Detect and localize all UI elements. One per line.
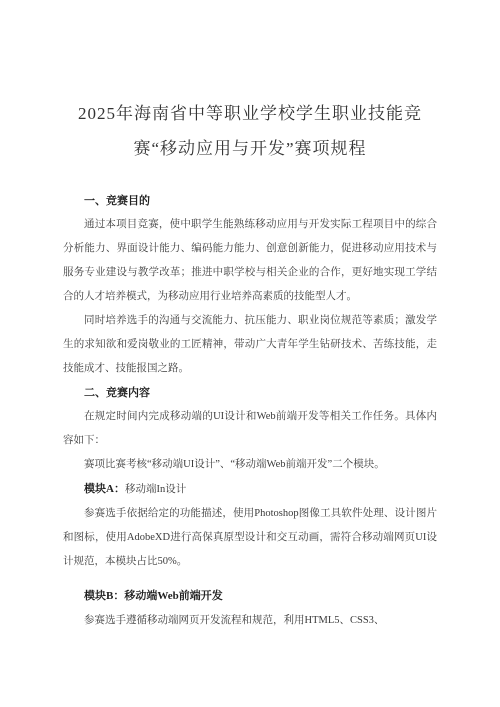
module-a-label: 模块A： bbox=[84, 483, 125, 495]
module-a-heading: 模块A：移动端In设计 bbox=[63, 477, 437, 502]
module-b-title: 移动端Web前端开发 bbox=[124, 590, 222, 602]
module-b-description: 参赛选手遵循移动端网页开发流程和规范，利用HTML5、CSS3、 bbox=[63, 609, 437, 633]
section-2-paragraph-2: 赛项比赛考核“移动端UI设计”、“移动端Web前端开发”二个模块。 bbox=[63, 453, 437, 477]
section-2-paragraph-1: 在规定时间内完成移动端的UI设计和Web前端开发等相关工作任务。具体内容如下： bbox=[63, 405, 437, 453]
module-a-description: 参赛选手依据给定的功能描述，使用Photoshop图像工具软件处理、设计图片和图… bbox=[63, 502, 437, 574]
document-title-line-1: 2025年海南省中等职业学校学生职业技能竞 bbox=[63, 96, 437, 131]
section-1-paragraph-2: 同时培养选手的沟通与交流能力、抗压能力、职业岗位规范等素质；激发学生的求知欲和爱… bbox=[63, 309, 437, 381]
module-b-heading: 模块B：移动端Web前端开发 bbox=[63, 584, 437, 609]
module-a-title: 移动端In设计 bbox=[125, 484, 186, 495]
module-b-label: 模块B： bbox=[84, 590, 124, 602]
section-1-paragraph-1: 通过本项目竞赛，使中职学生能熟练移动应用与开发实际工程项目中的综合分析能力、界面… bbox=[63, 213, 437, 309]
section-2-heading: 二、竞赛内容 bbox=[63, 381, 437, 405]
section-1-heading: 一、竞赛目的 bbox=[63, 189, 437, 213]
document-page: 2025年海南省中等职业学校学生职业技能竞 赛“移动应用与开发”赛项规程 一、竞… bbox=[0, 0, 500, 707]
document-title-line-2: 赛“移动应用与开发”赛项规程 bbox=[63, 131, 437, 166]
document-title: 2025年海南省中等职业学校学生职业技能竞 赛“移动应用与开发”赛项规程 bbox=[63, 96, 437, 166]
